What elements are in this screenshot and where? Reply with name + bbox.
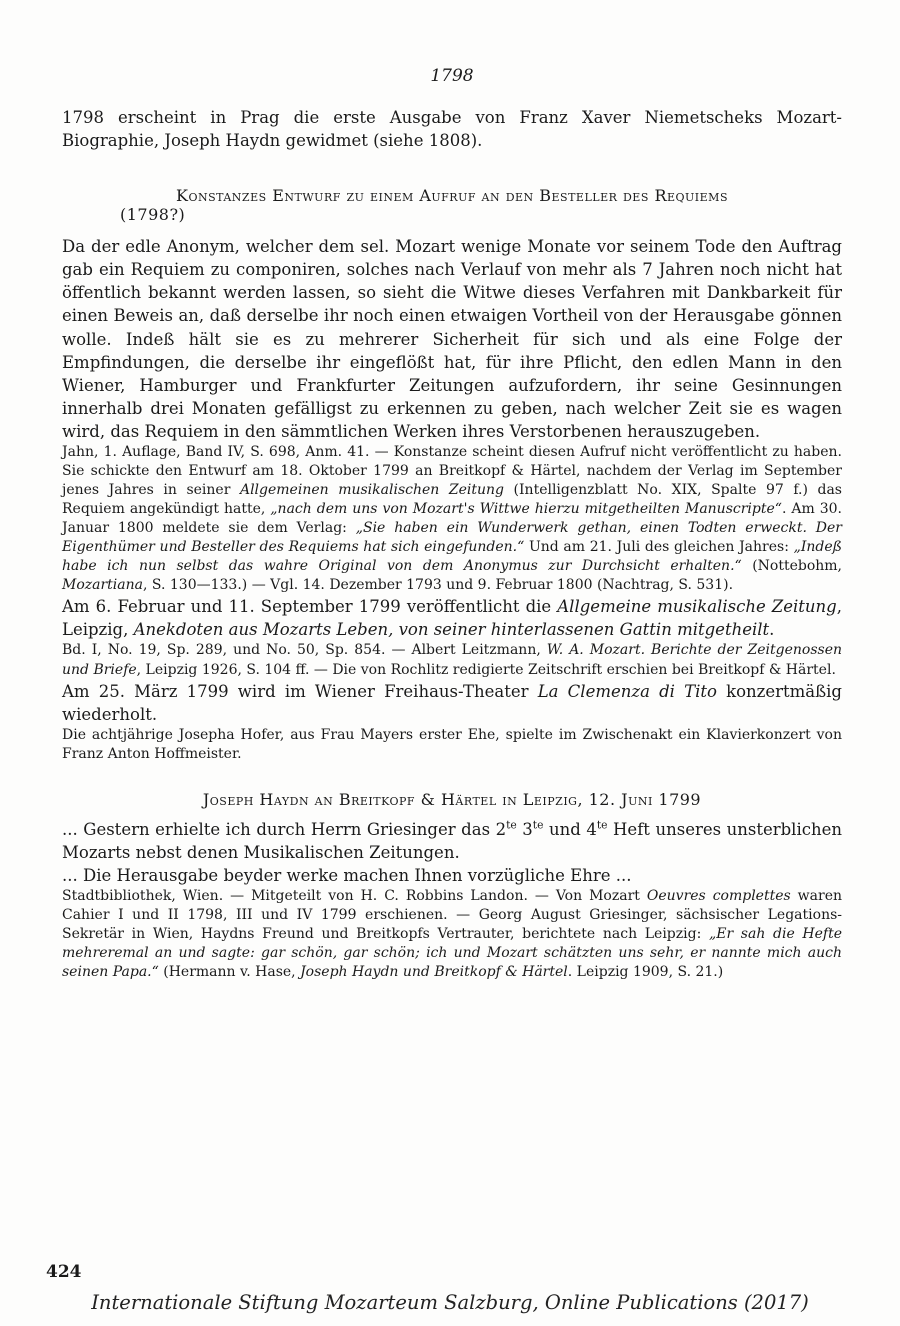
paragraph-haydn-letter-2: ... Die Herausgabe beyder werke machen I… bbox=[62, 864, 842, 887]
paragraph-entwurf-text: Da der edle Anonym, welcher dem sel. Moz… bbox=[62, 235, 842, 443]
footer-publication-line: Internationale Stiftung Mozarteum Salzbu… bbox=[0, 1291, 900, 1314]
annotation-tito: Die achtjährige Josepha Hofer, aus Frau … bbox=[62, 726, 842, 764]
annotation-entwurf: Jahn, 1. Auflage, Band IV, S. 698, Anm. … bbox=[62, 443, 842, 595]
paragraph-tito: Am 25. März 1799 wird im Wiener Freihaus… bbox=[62, 680, 842, 726]
heading-konstanze-date: (1798?) bbox=[120, 205, 842, 224]
annotation-haydn-letter: Stadtbibliothek, Wien. — Mitgeteilt von … bbox=[62, 887, 842, 982]
running-head-year: 1798 bbox=[62, 66, 842, 86]
paragraph-haydn-letter-1: ... Gestern erhielte ich durch Herrn Gri… bbox=[62, 818, 842, 864]
paragraph-amz: Am 6. Februar und 11. September 1799 ver… bbox=[62, 595, 842, 641]
page-number: 424 bbox=[46, 1262, 82, 1282]
annotation-amz: Bd. I, No. 19, Sp. 289, und No. 50, Sp. … bbox=[62, 641, 842, 679]
paragraph-intro-1798: 1798 erscheint in Prag die erste Ausgabe… bbox=[62, 106, 842, 152]
section-heading-konstanze: Konstanzes Entwurf zu einem Aufruf an de… bbox=[62, 186, 842, 224]
section-heading-haydn-letter: Joseph Haydn an Breitkopf & Härtel in Le… bbox=[62, 790, 842, 809]
document-page: 1798 1798 erscheint in Prag die erste Au… bbox=[0, 0, 900, 1326]
heading-konstanze-line1: Konstanzes Entwurf zu einem Aufruf an de… bbox=[120, 186, 842, 205]
